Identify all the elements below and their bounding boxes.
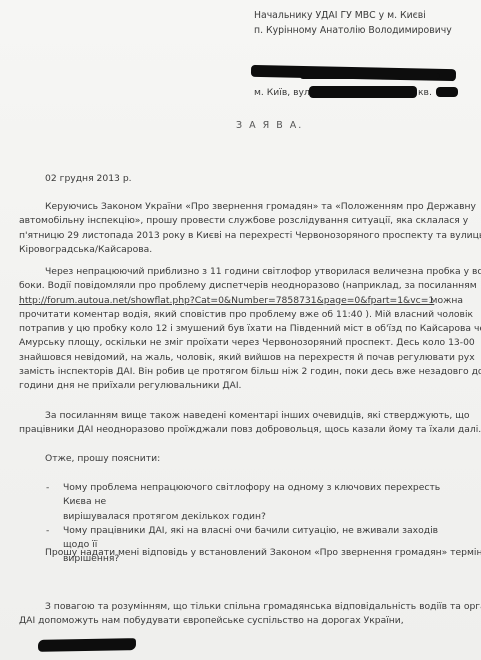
question-line: Чому проблема непрацюючого світлофору на… [63, 481, 464, 510]
paragraph-request: Керуючись Законом України «Про звернення… [19, 200, 463, 257]
closing-paragraph: З повагою та розумінням, що тільки спіль… [19, 600, 463, 629]
signature-redaction [38, 638, 136, 652]
paragraph-line: п'ятницю 29 листопада 2013 року в Києві … [19, 229, 463, 243]
document-date: 02 грудня 2013 р. [45, 172, 132, 186]
forum-link[interactable]: http://forum.autoua.net/showflat.php?Cat… [19, 295, 434, 306]
response-request: Прошу надати мені відповідь у встановлен… [45, 546, 481, 560]
closing-line: З повагою та розумінням, що тільки спіль… [19, 600, 463, 614]
list-bullet: - [46, 524, 49, 538]
addressee-block: Начальнику УДАІ ГУ МВС у м. Києві п. Кур… [254, 8, 452, 38]
link-tail: можна [431, 294, 463, 308]
sender-address-redaction [309, 86, 417, 98]
paragraph-line: За посиланням вище також наведені комент… [19, 409, 463, 423]
paragraph-line: Керуючись Законом України «Про звернення… [19, 200, 463, 214]
scanned-letter-page: Начальнику УДАІ ГУ МВС у м. Києві п. Кур… [0, 0, 481, 660]
sender-apartment-redaction [436, 87, 458, 97]
question-item: - Чому проблема непрацюючого світлофору … [46, 481, 464, 524]
document-title: З А Я В А. [236, 120, 303, 131]
paragraph-witnesses: За посиланням вище також наведені комент… [19, 409, 463, 438]
addressee-line-1: Начальнику УДАІ ГУ МВС у м. Києві [254, 8, 452, 23]
question-line: вирішувалася протягом декількох годин? [63, 510, 464, 524]
request-intro: Отже, прошу пояснити: [45, 452, 160, 466]
addressee-line-2: п. Курінному Анатолію Володимировичу [254, 23, 452, 38]
paragraph-line: працівники ДАІ неодноразово проїжджали п… [19, 423, 463, 437]
paragraph-line: боки. Водії повідомляли про проблему дис… [19, 279, 463, 293]
paragraph-line: прочитати коментар водія, який сповістив… [19, 308, 463, 322]
paragraph-line-with-link: http://forum.autoua.net/showflat.php?Cat… [19, 294, 463, 308]
paragraph-line: Кіровоградська/Кайсарова. [19, 243, 463, 257]
paragraph-line: замість інспекторів ДАІ. Він робив це пр… [19, 365, 463, 379]
sender-name-redaction-2 [300, 73, 440, 79]
paragraph-line: знайшовся невідомий, на жаль, чоловік, я… [19, 351, 463, 365]
paragraph-line: Через непрацюючий приблизно з 11 години … [19, 265, 463, 279]
paragraph-incident: Через непрацюючий приблизно з 11 години … [19, 265, 463, 394]
paragraph-line: потрапив у цю пробку коло 12 і змушений … [19, 322, 463, 336]
paragraph-line: Амурську площу, оскільки не зміг проїхат… [19, 336, 463, 350]
paragraph-line: автомобільну інспекцію», прошу провести … [19, 214, 463, 228]
sender-address-prefix: м. Київ, вул [254, 86, 310, 100]
paragraph-line: години дня не приїхали регулювальники ДА… [19, 379, 463, 393]
list-bullet: - [46, 481, 49, 495]
sender-address-suffix: кв. [418, 86, 432, 100]
closing-line: ДАІ допоможуть нам побудувати європейськ… [19, 614, 463, 628]
